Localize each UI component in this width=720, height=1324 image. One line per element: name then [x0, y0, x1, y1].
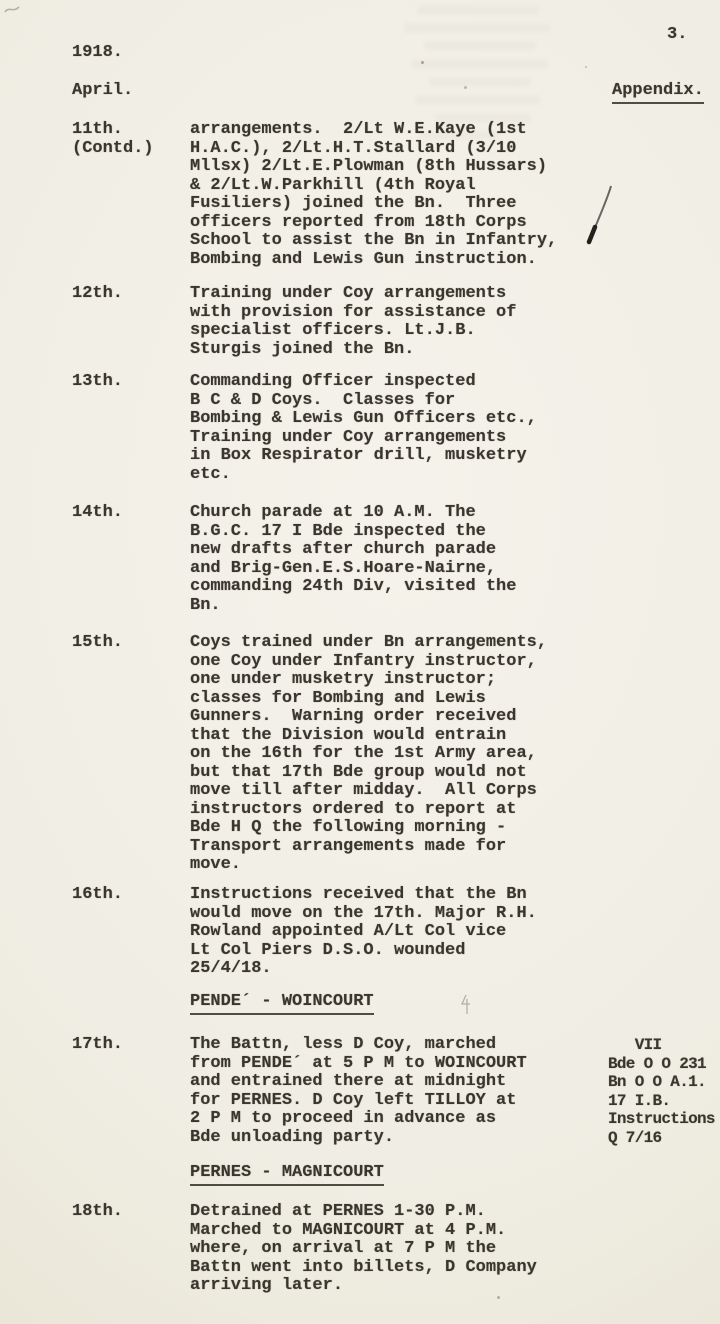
bleedthrough-mark — [425, 42, 535, 50]
diary-page: 3. 1918. April. Appendix. 11th. (Contd.)… — [0, 0, 720, 1324]
entry-body: Coys trained under Bn arrangements, one … — [190, 634, 547, 875]
entry-date: 11th. (Contd.) — [72, 121, 154, 158]
bleedthrough-mark — [415, 96, 540, 104]
appendix-reference: VII Bde O O 231 Bn O O A.1. 17 I.B. Inst… — [608, 1036, 715, 1148]
paper-speck — [497, 1296, 500, 1299]
entry-date: 18th. — [72, 1203, 123, 1222]
entry-body: Training under Coy arrangements with pro… — [190, 285, 516, 359]
bleedthrough-mark — [430, 78, 530, 86]
month-label: April. — [72, 82, 133, 101]
year-label: 1918. — [72, 44, 123, 63]
page-number: 3. — [667, 26, 687, 45]
pencil-mark — [3, 3, 25, 17]
appendix-header: Appendix. — [612, 82, 704, 104]
entry-date: 14th. — [72, 504, 123, 523]
bleedthrough-mark — [418, 6, 538, 14]
paper-speck — [464, 86, 467, 89]
paper-speck — [421, 61, 424, 64]
entry-body: Commanding Officer inspected B C & D Coy… — [190, 373, 537, 484]
entry-date: 12th. — [72, 285, 123, 304]
section-heading-pernes-magnicourt: PERNES - MAGNICOURT — [190, 1164, 384, 1186]
section-heading-pende-woincourt: PENDE´ - WOINCOURT — [190, 993, 374, 1015]
entry-date: 17th. — [72, 1036, 123, 1055]
entry-body: Instructions received that the Bn would … — [190, 886, 537, 979]
entry-body: The Battn, less D Coy, marched from PEND… — [190, 1036, 527, 1147]
stray-mark — [458, 993, 472, 1017]
entry-date: 15th. — [72, 634, 123, 653]
bleedthrough-mark — [412, 60, 547, 68]
entry-body: Detrained at PERNES 1-30 P.M. Marched to… — [190, 1203, 537, 1296]
ink-mark — [583, 183, 615, 247]
entry-date: 13th. — [72, 373, 123, 392]
paper-speck — [585, 66, 587, 68]
entry-body: arrangements. 2/Lt W.E.Kaye (1st H.A.C.)… — [190, 121, 557, 269]
entry-body: Church parade at 10 A.M. The B.G.C. 17 I… — [190, 504, 516, 615]
entry-date: 16th. — [72, 886, 123, 905]
bleedthrough-mark — [405, 24, 550, 32]
